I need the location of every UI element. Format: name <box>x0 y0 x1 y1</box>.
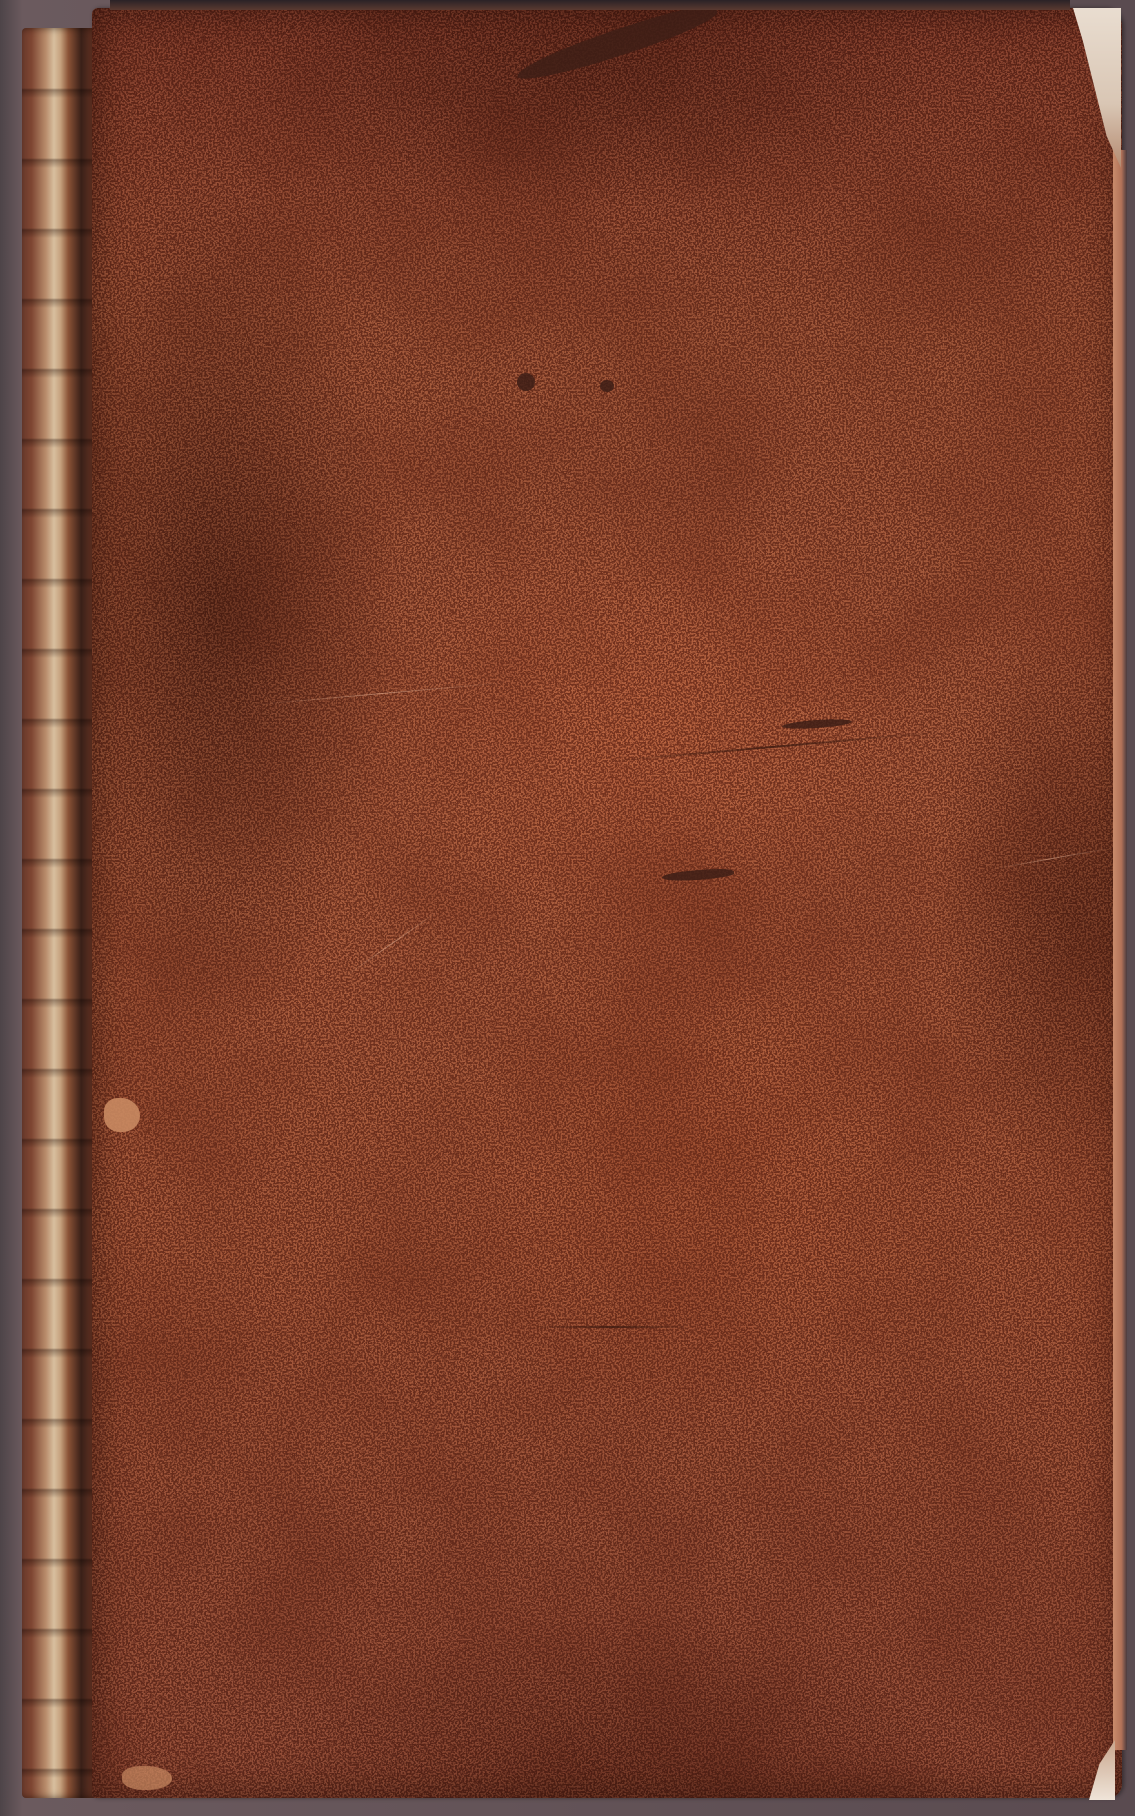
dark-spot <box>600 380 614 392</box>
dark-spot <box>517 373 535 391</box>
top-edge-shadow <box>110 0 1070 10</box>
scratch <box>532 1326 692 1328</box>
leather-speckle-texture <box>92 8 1122 1798</box>
worn-leather-chip <box>122 1766 172 1790</box>
front-cover-leather <box>92 8 1122 1798</box>
book-spine <box>22 28 102 1798</box>
fore-edge <box>1113 150 1127 1750</box>
worn-leather-chip <box>104 1098 140 1132</box>
book-photo <box>0 0 1135 1816</box>
